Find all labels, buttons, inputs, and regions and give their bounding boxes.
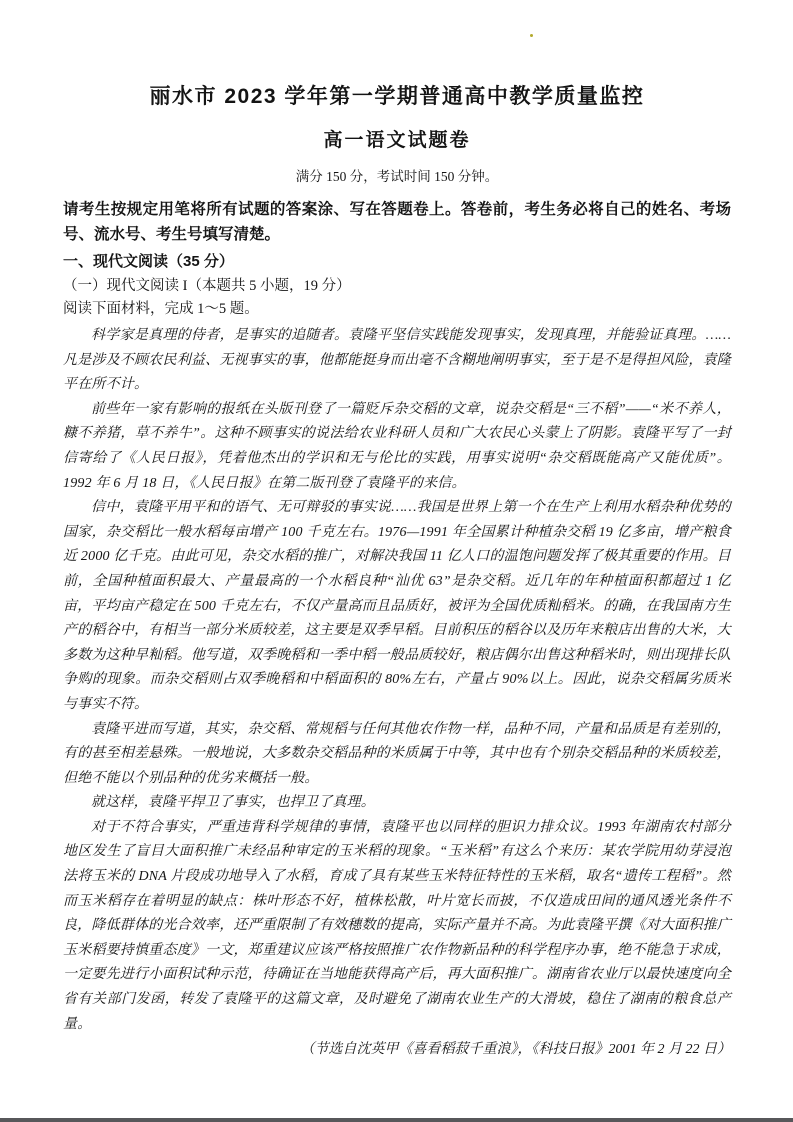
passage-paragraph: 就这样，袁隆平捍卫了事实，也捍卫了真理。 — [63, 791, 731, 816]
passage-paragraph: 科学家是真理的侍者，是事实的追随者。袁隆平坚信实践能发现事实，发现真理，并能验证… — [63, 324, 731, 398]
passage-paragraph: 前些年一家有影响的报纸在头版刊登了一篇贬斥杂交稻的文章，说杂交稻是“三不稻”——… — [63, 398, 731, 496]
scan-bottom-edge-bar — [0, 1118, 793, 1122]
reading-passage: 科学家是真理的侍者，是事实的追随者。袁隆平坚信实践能发现事实，发现真理，并能验证… — [63, 324, 731, 1037]
passage-paragraph: 袁隆平进而写道，其实，杂交稻、常规稻与任何其他农作物一样，品种不同，产量和品质是… — [63, 718, 731, 792]
page-title: 丽水市 2023 学年第一学期普通高中教学质量监控 — [63, 84, 731, 110]
page-subtitle: 高一语文试题卷 — [63, 129, 731, 153]
subsection-heading-reading-1: （一）现代文阅读 I（本题共 5 小题，19 分） — [63, 275, 731, 298]
exam-page: 丽水市 2023 学年第一学期普通高中教学质量监控 高一语文试题卷 满分 150… — [0, 0, 793, 1122]
passage-paragraph: 信中，袁隆平用平和的语气、无可辩驳的事实说……我国是世界上第一个在生产上利用水稻… — [63, 496, 731, 717]
section-heading-modern-reading: 一、现代文阅读（35 分） — [63, 249, 731, 274]
passage-source-attribution: （节选自沈英甲《喜看稻菽千重浪》，《科技日报》2001 年 2 月 22 日） — [63, 1038, 731, 1062]
scan-speck-dot — [530, 34, 533, 37]
candidate-notice: 请考生按规定用笔将所有试题的答案涂、写在答题卷上。答卷前，考生务必将自己的姓名、… — [63, 197, 731, 247]
exam-info-line: 满分 150 分，考试时间 150 分钟。 — [63, 168, 731, 186]
passage-paragraph: 对于不符合事实，严重违背科学规律的事情，袁隆平也以同样的胆识力排众议。1993 … — [63, 816, 731, 1037]
reading-prompt: 阅读下面材料，完成 1～5 题。 — [63, 298, 731, 321]
